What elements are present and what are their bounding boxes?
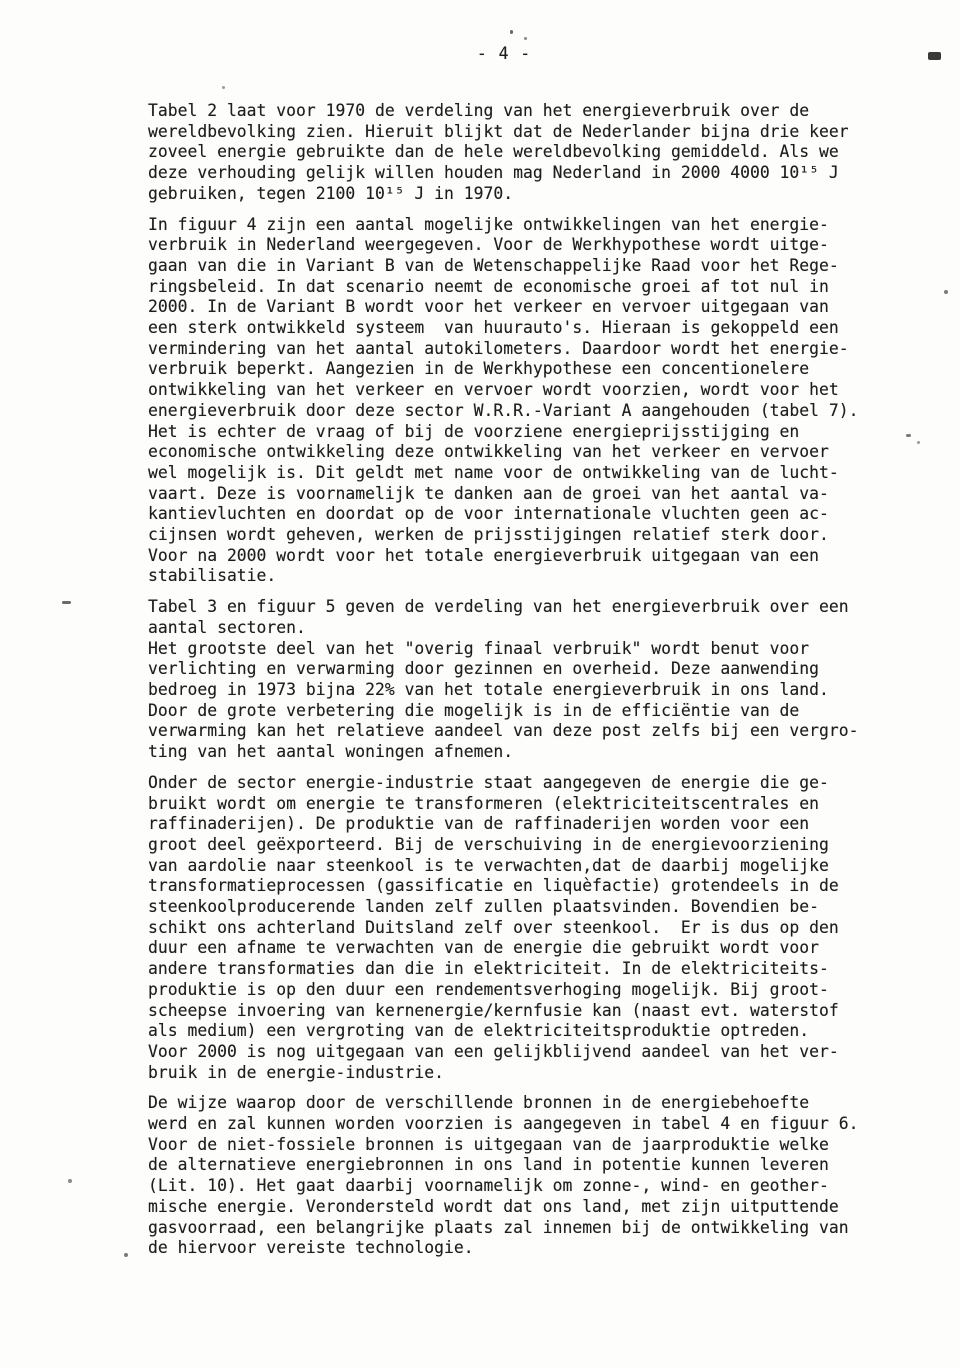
text-line: Tabel 3 en figuur 5 geven de verdeling v…	[148, 597, 938, 618]
text-line: produktie is op den duur een rendementsv…	[148, 980, 938, 1001]
scan-speckle	[917, 441, 920, 444]
paragraph: Tabel 3 en figuur 5 geven de verdeling v…	[148, 597, 938, 763]
text-line: bruikt wordt om energie te transformeren…	[148, 794, 938, 815]
text-line: scheepse invoering van kernenergie/kernf…	[148, 1001, 938, 1022]
text-line: cijnsen wordt geheven, werken de prijsst…	[148, 525, 938, 546]
scan-speckle	[944, 290, 948, 294]
text-line: verwarming kan het relatieve aandeel van…	[148, 721, 938, 742]
text-line: van aardolie naar steenkool is te verwac…	[148, 856, 938, 877]
scan-speckle	[124, 1253, 128, 1257]
text-line: duur een afname te verwachten van de ene…	[148, 938, 938, 959]
scan-speckle	[906, 434, 911, 437]
text-line: (Lit. 10). Het gaat daarbij voornamelijk…	[148, 1176, 938, 1197]
text-line: gasvoorraad, een belangrijke plaats zal …	[148, 1218, 938, 1239]
text-line: de hiervoor vereiste technologie.	[148, 1238, 938, 1259]
text-line: verbruik beperkt. Aangezien in de Werkhy…	[148, 359, 938, 380]
text-line: verlichting en verwarming door gezinnen …	[148, 659, 938, 680]
scan-speckle	[928, 52, 941, 60]
text-line: werd en zal kunnen worden voorzien is aa…	[148, 1114, 938, 1135]
text-line: gaan van die in Variant B van de Wetensc…	[148, 256, 938, 277]
text-line: ting van het aantal woningen afnemen.	[148, 742, 938, 763]
text-line: vermindering van het aantal autokilomete…	[148, 339, 938, 360]
scan-speckle	[62, 601, 71, 604]
text-line: Door de grote verbetering die mogelijk i…	[148, 701, 938, 722]
text-line: economische ontwikkeling deze ontwikkeli…	[148, 442, 938, 463]
text-line: andere transformaties dan die in elektri…	[148, 959, 938, 980]
paragraph: Tabel 2 laat voor 1970 de verdeling van …	[148, 101, 938, 205]
text-line: steenkoolproducerende landen zelf zullen…	[148, 897, 938, 918]
text-line: raffinaderijen). De produktie van de raf…	[148, 814, 938, 835]
text-line: als medium) een vergroting van de elektr…	[148, 1021, 938, 1042]
paragraph: In figuur 4 zijn een aantal mogelijke on…	[148, 215, 938, 588]
text-line: bruik in de energie-industrie.	[148, 1063, 938, 1084]
text-line: Onder de sector energie-industrie staat …	[148, 773, 938, 794]
paragraph: De wijze waarop door de verschillende br…	[148, 1093, 938, 1259]
text-line: een sterk ontwikkeld systeem van huuraut…	[148, 318, 938, 339]
text-line: ontwikkeling van het verkeer en vervoer …	[148, 380, 938, 401]
text-line: Het is echter de vraag of bij de voorzie…	[148, 422, 938, 443]
scan-speckle	[68, 1179, 72, 1183]
text-line: In figuur 4 zijn een aantal mogelijke on…	[148, 215, 938, 236]
text-line: groot deel geëxporteerd. Bij de verschui…	[148, 835, 938, 856]
text-line: Voor na 2000 wordt voor het totale energ…	[148, 546, 938, 567]
text-line: vaart. Deze is voornamelijk te danken aa…	[148, 484, 938, 505]
page-number: - 4 -	[148, 44, 860, 63]
text-line: mische energie. Verondersteld wordt dat …	[148, 1197, 938, 1218]
text-line: transformatieprocessen (gassificatie en …	[148, 876, 938, 897]
text-line: ringsbeleid. In dat scenario neemt de ec…	[148, 277, 938, 298]
text-line: De wijze waarop door de verschillende br…	[148, 1093, 938, 1114]
text-line: 2000. In de Variant B wordt voor het ver…	[148, 297, 938, 318]
text-line: Het grootste deel van het "overig finaal…	[148, 639, 938, 660]
text-line: Voor de niet-fossiele bronnen is uitgega…	[148, 1135, 938, 1156]
paragraph: Onder de sector energie-industrie staat …	[148, 773, 938, 1084]
text-line: Voor 2000 is nog uitgegaan van een gelij…	[148, 1042, 938, 1063]
text-line: schikt ons achterland Duitsland zelf ove…	[148, 918, 938, 939]
document-body: Tabel 2 laat voor 1970 de verdeling van …	[148, 101, 938, 1269]
text-line: zoveel energie gebruikte dan de hele wer…	[148, 142, 938, 163]
text-line: kantievluchten en doordat op de voor int…	[148, 504, 938, 525]
scanned-document-page: - 4 - Tabel 2 laat voor 1970 de verdelin…	[0, 0, 960, 1368]
text-line: energieverbruik door deze sector W.R.R.-…	[148, 401, 938, 422]
text-line: de alternatieve energiebronnen in ons la…	[148, 1155, 938, 1176]
scan-speckle	[222, 86, 225, 89]
scan-speckle	[510, 30, 513, 34]
text-line: wereldbevolking zien. Hieruit blijkt dat…	[148, 122, 938, 143]
text-line: stabilisatie.	[148, 566, 938, 587]
text-line: deze verhouding gelijk willen houden mag…	[148, 163, 938, 184]
text-line: Tabel 2 laat voor 1970 de verdeling van …	[148, 101, 938, 122]
scan-speckle	[524, 37, 527, 40]
text-line: aantal sectoren.	[148, 618, 938, 639]
text-line: wel mogelijk is. Dit geldt met name voor…	[148, 463, 938, 484]
text-line: verbruik in Nederland weergegeven. Voor …	[148, 235, 938, 256]
text-line: gebruiken, tegen 2100 10¹⁵ J in 1970.	[148, 184, 938, 205]
text-line: bedroeg in 1973 bijna 22% van het totale…	[148, 680, 938, 701]
